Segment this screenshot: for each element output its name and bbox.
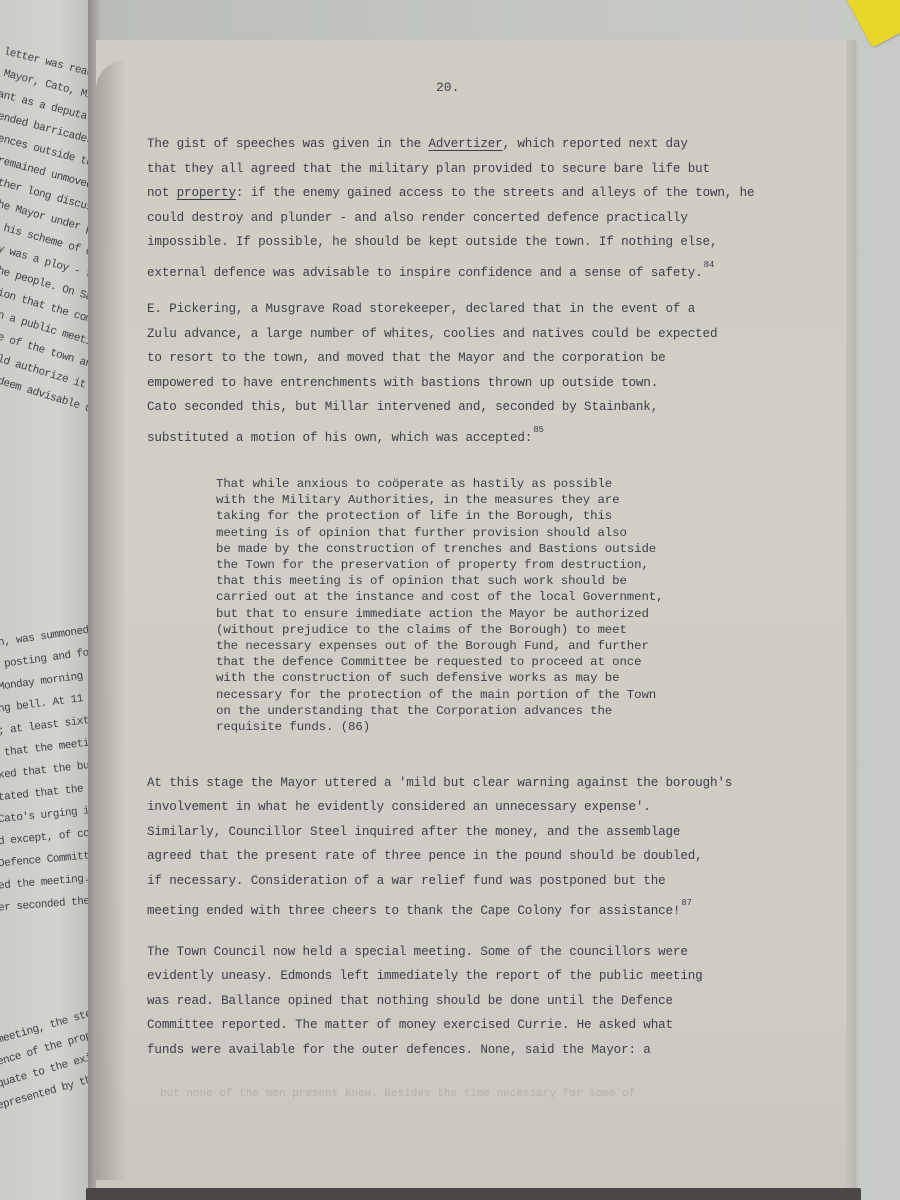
left-page-fragment: nd Cato's urging in fav [0, 802, 92, 828]
body-line: Cato seconded this, but Millar intervene… [147, 400, 658, 414]
block-quote-line: meeting is of opinion that further provi… [216, 527, 627, 539]
body-line: At this stage the Mayor uttered a 'mild … [147, 776, 732, 790]
block-quote-line: but that to ensure immediate action the … [216, 608, 649, 620]
body-line: Committee reported. The matter of money … [147, 1018, 673, 1032]
body-line: if necessary. Consideration of a war rel… [147, 874, 666, 888]
block-quote-line: that this meeting is of opinion that suc… [216, 575, 627, 587]
left-page: n's letter was read, ithe Mayor, Cato, M… [0, 0, 92, 1200]
body-line: agreed that the present rate of three pe… [147, 849, 703, 863]
page-curl-shadow [96, 60, 126, 1180]
body-line: not property: if the enemy gained access… [147, 186, 754, 200]
line-text: could destroy and plunder - and also ren… [147, 211, 688, 225]
line-text: external defence was advisable to inspir… [147, 266, 703, 280]
block-quote-line: on the understanding that the Corporatio… [216, 705, 612, 717]
block-quote-line: with the Military Authorities, in the me… [216, 494, 619, 506]
line-text: if necessary. Consideration of a war rel… [147, 874, 666, 888]
block-quote-line: that the defence Committee be requested … [216, 656, 641, 668]
body-line: that they all agreed that the military p… [147, 162, 710, 176]
body-line: external defence was advisable to inspir… [147, 260, 714, 280]
body-line: evidently uneasy. Edmonds left immediate… [147, 969, 703, 983]
line-text: not [147, 186, 177, 200]
line-text: evidently uneasy. Edmonds left immediate… [147, 969, 703, 983]
line-text: agreed that the present rate of three pe… [147, 849, 703, 863]
left-page-fragment: ber; at least sixty- [0, 714, 92, 740]
left-page-fragment: 17th, was summoned at [0, 622, 92, 652]
body-line: E. Pickering, a Musgrave Road storekeepe… [147, 302, 695, 316]
block-quote-line: with the construction of such defensive … [216, 672, 619, 684]
body-line: empowered to have entrenchments with bas… [147, 376, 658, 390]
line-text: funds were available for the outer defen… [147, 1043, 651, 1057]
block-quote-line: That while anxious to coöperate as hasti… [216, 478, 612, 490]
line-text: to resort to the town, and moved that th… [147, 351, 666, 365]
body-line: The gist of speeches was given in the Ad… [147, 137, 688, 151]
line-text: : if the enemy gained access to the stre… [236, 186, 755, 200]
left-page-fragment: he Defence Committee's [0, 848, 92, 872]
left-page-fragment: essed the meeting. The [0, 871, 92, 894]
left-page-fragment: o stated that the resol [0, 780, 92, 806]
block-quote-line: requisite funds. (86) [216, 721, 370, 733]
body-line: was read. Ballance opined that nothing s… [147, 994, 673, 1008]
body-line: could destroy and plunder - and also ren… [147, 211, 688, 225]
line-text: that they all agreed that the military p… [147, 162, 710, 176]
line-text: Zulu advance, a large number of whites, … [147, 327, 717, 341]
line-text: substituted a motion of his own, which w… [147, 431, 532, 445]
body-line: funds were available for the outer defen… [147, 1043, 651, 1057]
line-text: , which reported next day [503, 137, 688, 151]
footnote-marker: 87 [681, 898, 692, 908]
block-quote-line: the necessary expenses out of the Boroug… [216, 640, 649, 652]
left-page-fragment: ander seconded the foll [0, 893, 92, 916]
book-cover-edge [86, 1188, 861, 1200]
page-number: 20. [436, 80, 459, 95]
page-edge [846, 40, 856, 1190]
block-quote-line: necessary for the protection of the main… [216, 689, 656, 701]
line-text: Committee reported. The matter of money … [147, 1018, 673, 1032]
left-page-fragment: red that the meeting w [0, 735, 92, 762]
line-text: E. Pickering, a Musgrave Road storekeepe… [147, 302, 695, 316]
line-text: impossible. If possible, he should be ke… [147, 235, 717, 249]
underlined-title: Advertizer [429, 137, 503, 151]
block-quote-line: be made by the construction of trenches … [216, 543, 656, 555]
line-text: empowered to have entrenchments with bas… [147, 376, 658, 390]
body-line: The Town Council now held a special meet… [147, 945, 688, 959]
block-quote-line: carried out at the instance and cost of … [216, 591, 663, 603]
body-line: Zulu advance, a large number of whites, … [147, 327, 717, 341]
block-quote-line: the Town for the preservation of propert… [216, 559, 649, 571]
footnote-marker: 85 [533, 425, 544, 435]
underlined-title: property [177, 186, 236, 200]
line-text: The Town Council now held a special meet… [147, 945, 688, 959]
body-line: meeting ended with three cheers to thank… [147, 898, 692, 918]
line-text: involvement in what he evidently conside… [147, 800, 651, 814]
line-text: The gist of speeches was given in the [147, 137, 429, 151]
line-text: Similarly, Councillor Steel inquired aft… [147, 825, 680, 839]
left-page-fragment: for posting and for it [0, 644, 92, 674]
bleed-through-text: but none of the men present knew. Beside… [160, 1088, 635, 1100]
left-page-fragment: ized except, of course [0, 826, 92, 850]
footnote-marker: 84 [704, 260, 715, 270]
body-line: impossible. If possible, he should be ke… [147, 235, 717, 249]
line-text: meeting ended with three cheers to thank… [147, 904, 680, 918]
left-page-fragment: he Monday morning pape [0, 667, 92, 696]
body-line: Similarly, Councillor Steel inquired aft… [147, 825, 680, 839]
left-page-fragment: nging bell. At 11 a.m [0, 690, 92, 718]
block-quote-line: (without prejudice to the claims of the … [216, 624, 627, 636]
body-line: substituted a motion of his own, which w… [147, 425, 544, 445]
block-quote-line: taking for the protection of life in the… [216, 510, 612, 522]
line-text: Cato seconded this, but Millar intervene… [147, 400, 658, 414]
left-page-fragment: marked that the busine [0, 758, 92, 784]
body-line: to resort to the town, and moved that th… [147, 351, 666, 365]
body-line: involvement in what he evidently conside… [147, 800, 651, 814]
line-text: was read. Ballance opined that nothing s… [147, 994, 673, 1008]
line-text: At this stage the Mayor uttered a 'mild … [147, 776, 732, 790]
